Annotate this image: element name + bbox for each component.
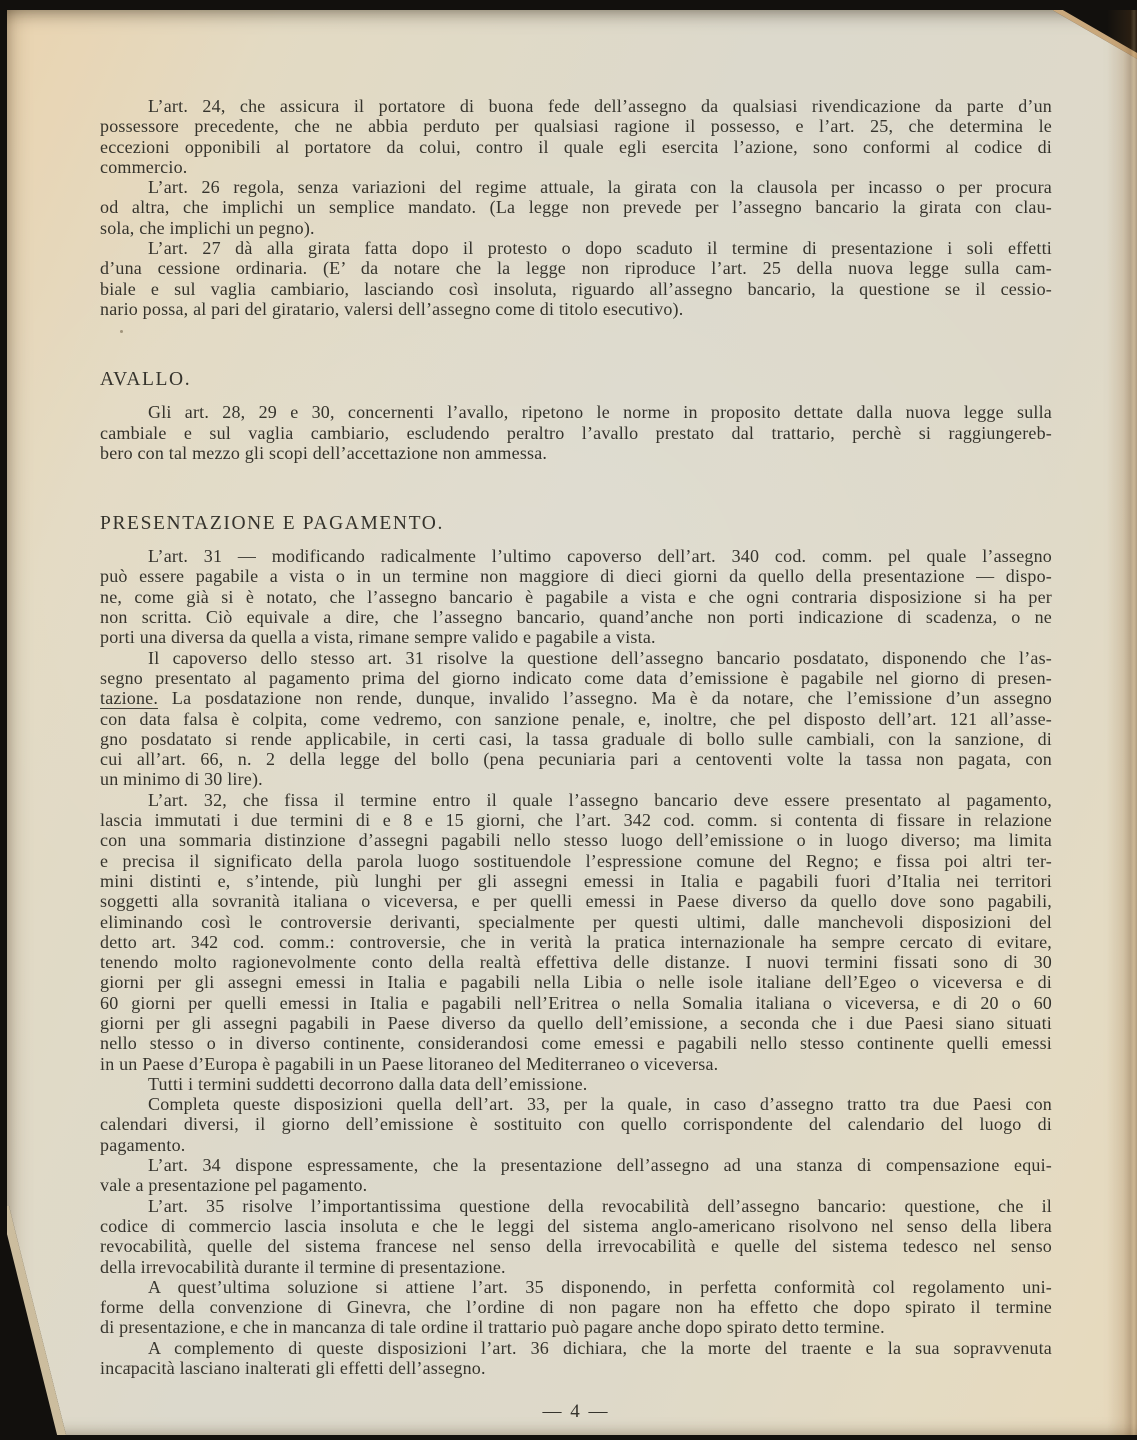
text-run: nario possa, al pari del giratario, vale… bbox=[100, 299, 683, 319]
text-run: gno posdatato si rende applicabile, in c… bbox=[100, 729, 1052, 749]
underlined-phrase: luogo bbox=[417, 851, 459, 871]
paragraph: L’art. 35 risolve l’importantissima ques… bbox=[100, 1196, 1052, 1277]
text-run: pagamento. bbox=[100, 1135, 185, 1155]
text-line: L’art. 31 — modificando radicalmente l’u… bbox=[100, 546, 1052, 566]
text-run: ne, come già si è notato, che l’assegno … bbox=[100, 587, 546, 607]
text-run: e fissa poi altri ter- bbox=[859, 851, 1052, 871]
text-run: d’una cessione ordinaria. (E’ da notare … bbox=[100, 258, 1052, 278]
text-line: tazione. La posdatazione non rende, dunq… bbox=[100, 688, 1052, 708]
text-line: commercio. bbox=[100, 157, 1052, 177]
text-run: Il capoverso dello stesso art. 31 risolv… bbox=[148, 648, 1052, 668]
paragraph: Tutti i termini suddetti decorrono dalla… bbox=[100, 1074, 1052, 1094]
text-line: cui all’art. 66, n. 2 della legge del bo… bbox=[100, 749, 1052, 769]
text-run: della irrevocabilità durante il termine … bbox=[100, 1257, 506, 1277]
underlined-phrase: pagabile a vista bbox=[546, 587, 676, 607]
text-line: eccezioni opponibili al portatore da col… bbox=[100, 137, 1052, 157]
text-run: L’art. 24, che assicura il portatore di … bbox=[148, 96, 1052, 116]
text-line: A quest’ultima soluzione si attiene l’ar… bbox=[100, 1277, 1052, 1297]
text-run: segno presentato al pagamento prima del … bbox=[100, 668, 801, 688]
text-line: Il capoverso dello stesso art. 31 risolv… bbox=[100, 648, 1052, 668]
page-number: — 4 — bbox=[543, 1401, 610, 1422]
text-line: codice di commercio lascia insoluta e ch… bbox=[100, 1216, 1052, 1236]
text-run: L’art. 34 dispone espressamente, che la … bbox=[148, 1155, 1052, 1175]
paragraph: L’art. 31 — modificando radicalmente l’u… bbox=[100, 546, 1052, 647]
text-line: tenendo molto ragionevolmente conto dell… bbox=[100, 952, 1052, 972]
section-heading: PRESENTAZIONE E PAGAMENTO. bbox=[100, 513, 1052, 535]
text-run: L’art. 26 regola, senza variazioni del r… bbox=[148, 177, 831, 197]
text-run: e precisa il significato della parola bbox=[100, 851, 417, 871]
paragraph: L’art. 26 regola, senza variazioni del r… bbox=[100, 177, 1052, 238]
text-run: giorni per gli assegni emessi in Italia … bbox=[100, 972, 1052, 992]
text-line: mini distinti e, s’intende, più lunghi p… bbox=[100, 871, 1052, 891]
text-run: di presentazione, e che in mancanza di t… bbox=[100, 1317, 885, 1337]
text-line: bero con tal mezzo gli scopi dell’accett… bbox=[100, 443, 1052, 463]
text-run: L’art. 35 risolve l’importantissima ques… bbox=[148, 1196, 1052, 1216]
text-line: od altra, che implichi un semplice manda… bbox=[100, 197, 1052, 217]
underlined-phrase: forme bbox=[100, 1297, 144, 1317]
text-line: gno posdatato si rende applicabile, in c… bbox=[100, 729, 1052, 749]
text-line: Tutti i termini suddetti decorrono dalla… bbox=[100, 1074, 1052, 1094]
text-line: biale e sul vaglia cambiario, lasciando … bbox=[100, 279, 1052, 299]
scan-speck bbox=[120, 330, 123, 333]
text-run: e che ogni contraria disposizione si ha … bbox=[676, 587, 1052, 607]
underlined-phrase: per procura bbox=[959, 177, 1052, 197]
text-run: Completa queste disposizioni quella dell… bbox=[148, 1094, 1052, 1114]
text-line: possessore precedente, che ne abbia perd… bbox=[100, 116, 1052, 136]
text-run: può essere pagabile a vista o in un term… bbox=[100, 566, 1052, 586]
text-run: della convenzione di Ginevra, che l’ordi… bbox=[144, 1297, 1052, 1317]
paragraph: A complemento di queste disposizioni l’a… bbox=[100, 1338, 1052, 1379]
page-corner-fold-top-right bbox=[1053, 10, 1137, 60]
text-line: calendari diversi, il giorno dell’emissi… bbox=[100, 1114, 1052, 1134]
text-run: detto art. 342 cod. comm.: controversie,… bbox=[100, 932, 1052, 952]
text-run: eccezioni opponibili al portatore da col… bbox=[100, 137, 1052, 157]
text-run: un minimo di 30 lire). bbox=[100, 769, 263, 789]
underlined-phrase: regolamento uni- bbox=[913, 1277, 1052, 1297]
underlined-phrase: comune del Regno; bbox=[697, 851, 860, 871]
text-run: L’art. 32, che fissa il termine entro il… bbox=[148, 790, 1052, 810]
text-line: giorni per gli assegni emessi in Italia … bbox=[100, 972, 1052, 992]
text-run: con data falsa è colpita, come vedremo, … bbox=[100, 709, 1052, 729]
text-run: porti una diversa da quella a vista, rim… bbox=[100, 627, 656, 647]
text-line: Gli art. 28, 29 e 30, concernenti l’aval… bbox=[100, 402, 1052, 422]
text-line: L’art. 24, che assicura il portatore di … bbox=[100, 96, 1052, 116]
text-run: A quest’ultima soluzione si attiene l’ar… bbox=[148, 1277, 913, 1297]
text-line: lascia immutati i due termini di e 8 e 1… bbox=[100, 810, 1052, 830]
text-line: con data falsa è colpita, come vedremo, … bbox=[100, 709, 1052, 729]
text-line: può essere pagabile a vista o in un term… bbox=[100, 566, 1052, 586]
text-line: Completa queste disposizioni quella dell… bbox=[100, 1094, 1052, 1114]
paragraph: L’art. 27 dà alla girata fatta dopo il p… bbox=[100, 238, 1052, 319]
scan-speck bbox=[128, 1365, 131, 1367]
text-line: giorni per gli assegni pagabili in Paese… bbox=[100, 1013, 1052, 1033]
text-run: nello stesso o in diverso continente, co… bbox=[100, 1033, 1052, 1053]
text-run: eliminando così le controversie derivant… bbox=[100, 912, 1052, 932]
text-run: L’art. 27 dà alla girata fatta dopo il p… bbox=[148, 238, 1052, 258]
text-line: nello stesso o in diverso continente, co… bbox=[100, 1033, 1052, 1053]
text-run: sostituendole l’espressione bbox=[459, 851, 696, 871]
text-run: Gli art. 28, 29 e 30, concernenti l’aval… bbox=[148, 402, 1052, 422]
paragraph: Completa queste disposizioni quella dell… bbox=[100, 1094, 1052, 1155]
text-run: mini distinti e, s’intende, più lunghi p… bbox=[100, 871, 1052, 891]
text-run: La posdatazione non rende, dunque, inval… bbox=[158, 688, 1052, 708]
text-line: un minimo di 30 lire). bbox=[100, 769, 1052, 789]
paragraph: Il capoverso dello stesso art. 31 risolv… bbox=[100, 648, 1052, 790]
text-line: eliminando così le controversie derivant… bbox=[100, 912, 1052, 932]
text-run: 60 giorni per quelli emessi in Italia e … bbox=[100, 993, 1052, 1013]
text-line: L’art. 34 dispone espressamente, che la … bbox=[100, 1155, 1052, 1175]
text-run: incapacità lasciano inalterati gli effet… bbox=[100, 1358, 486, 1378]
text-line: non scritta. Ciò equivale a dire, che l’… bbox=[100, 607, 1052, 627]
text-line: con una sommaria distinzione d’assegni p… bbox=[100, 830, 1052, 850]
text-run: tenendo molto ragionevolmente conto dell… bbox=[100, 952, 1052, 972]
section-heading: AVALLO. bbox=[100, 369, 1052, 391]
text-run: possessore precedente, che ne abbia perd… bbox=[100, 116, 1052, 136]
text-run: sola, che implichi un pegno). bbox=[100, 218, 315, 238]
text-run: vale a presentazione pel pagamento. bbox=[100, 1175, 367, 1195]
text-run: codice di commercio lascia insoluta e ch… bbox=[100, 1216, 1052, 1236]
text-line: della irrevocabilità durante il termine … bbox=[100, 1257, 1052, 1277]
text-run: Tutti i termini suddetti decorrono dalla… bbox=[148, 1074, 587, 1094]
text-run: cambiale e sul vaglia cambiario, esclude… bbox=[100, 423, 1052, 443]
paragraph: A quest’ultima soluzione si attiene l’ar… bbox=[100, 1277, 1052, 1338]
underlined-phrase: tazione. bbox=[100, 688, 158, 708]
text-run: commercio. bbox=[100, 157, 187, 177]
text-line: e precisa il significato della parola lu… bbox=[100, 851, 1052, 871]
text-run: in un Paese d’Europa è pagabili in un Pa… bbox=[100, 1054, 718, 1074]
text-run: biale e sul vaglia cambiario, lasciando … bbox=[100, 279, 1052, 299]
page-footer: — 4 — bbox=[100, 1401, 1052, 1423]
text-run: od altra, che implichi un semplice manda… bbox=[100, 197, 1052, 217]
page-edge-shadow bbox=[1107, 10, 1137, 1435]
text-line: segno presentato al pagamento prima del … bbox=[100, 668, 1052, 688]
text-line: ne, come già si è notato, che l’assegno … bbox=[100, 587, 1052, 607]
book-page: L’art. 24, che assicura il portatore di … bbox=[7, 10, 1137, 1435]
page-corner-fold-bottom-left bbox=[7, 1206, 68, 1435]
text-line: incapacità lasciano inalterati gli effet… bbox=[100, 1358, 1052, 1378]
text-run: o bbox=[922, 177, 958, 197]
text-run: lascia immutati i due termini di e 8 e 1… bbox=[100, 810, 1052, 830]
text-line: pagamento. bbox=[100, 1135, 1052, 1155]
text-line: revocabilità, quelle del sistema frances… bbox=[100, 1236, 1052, 1256]
paragraph: L’art. 32, che fissa il termine entro il… bbox=[100, 790, 1052, 1074]
text-line: L’art. 32, che fissa il termine entro il… bbox=[100, 790, 1052, 810]
text-line: d’una cessione ordinaria. (E’ da notare … bbox=[100, 258, 1052, 278]
text-run: con una sommaria distinzione d’assegni p… bbox=[100, 830, 1052, 850]
text-line: 60 giorni per quelli emessi in Italia e … bbox=[100, 993, 1052, 1013]
paragraph: L’art. 34 dispone espressamente, che la … bbox=[100, 1155, 1052, 1196]
paragraph: L’art. 24, che assicura il portatore di … bbox=[100, 96, 1052, 177]
text-line: soggetti alla sovranità italiana o vicev… bbox=[100, 891, 1052, 911]
text-run: cui all’art. 66, n. 2 della legge del bo… bbox=[100, 749, 1052, 769]
text-line: forme della convenzione di Ginevra, che … bbox=[100, 1297, 1052, 1317]
text-run: L’art. 31 — modificando radicalmente l’u… bbox=[148, 546, 1052, 566]
underlined-phrase: per incasso bbox=[831, 177, 922, 197]
text-line: L’art. 27 dà alla girata fatta dopo il p… bbox=[100, 238, 1052, 258]
text-line: vale a presentazione pel pagamento. bbox=[100, 1175, 1052, 1195]
text-run: calendari diversi, il giorno dell’emissi… bbox=[100, 1114, 1052, 1134]
text-run: non scritta. Ciò equivale a dire, che l’… bbox=[100, 607, 1052, 627]
text-run: soggetti alla sovranità italiana o vicev… bbox=[100, 891, 1052, 911]
text-run: revocabilità, quelle del sistema frances… bbox=[100, 1236, 1052, 1256]
text-line: cambiale e sul vaglia cambiario, esclude… bbox=[100, 423, 1052, 443]
text-line: nario possa, al pari del giratario, vale… bbox=[100, 299, 1052, 319]
underlined-phrase: pagabile nel giorno di presen- bbox=[801, 668, 1052, 688]
text-line: sola, che implichi un pegno). bbox=[100, 218, 1052, 238]
text-line: in un Paese d’Europa è pagabili in un Pa… bbox=[100, 1054, 1052, 1074]
text-line: detto art. 342 cod. comm.: controversie,… bbox=[100, 932, 1052, 952]
text-run: giorni per gli assegni pagabili in Paese… bbox=[100, 1013, 1052, 1033]
text-line: A complemento di queste disposizioni l’a… bbox=[100, 1338, 1052, 1358]
text-line: L’art. 26 regola, senza variazioni del r… bbox=[100, 177, 1052, 197]
text-run: A complemento di queste disposizioni l’a… bbox=[148, 1338, 1052, 1358]
text-line: porti una diversa da quella a vista, rim… bbox=[100, 627, 1052, 647]
paragraph: Gli art. 28, 29 e 30, concernenti l’aval… bbox=[100, 402, 1052, 463]
text-line: di presentazione, e che in mancanza di t… bbox=[100, 1317, 1052, 1337]
text-run: bero con tal mezzo gli scopi dell’accett… bbox=[100, 443, 547, 463]
page-text: L’art. 24, che assicura il portatore di … bbox=[100, 96, 1052, 1423]
text-line: L’art. 35 risolve l’importantissima ques… bbox=[100, 1196, 1052, 1216]
